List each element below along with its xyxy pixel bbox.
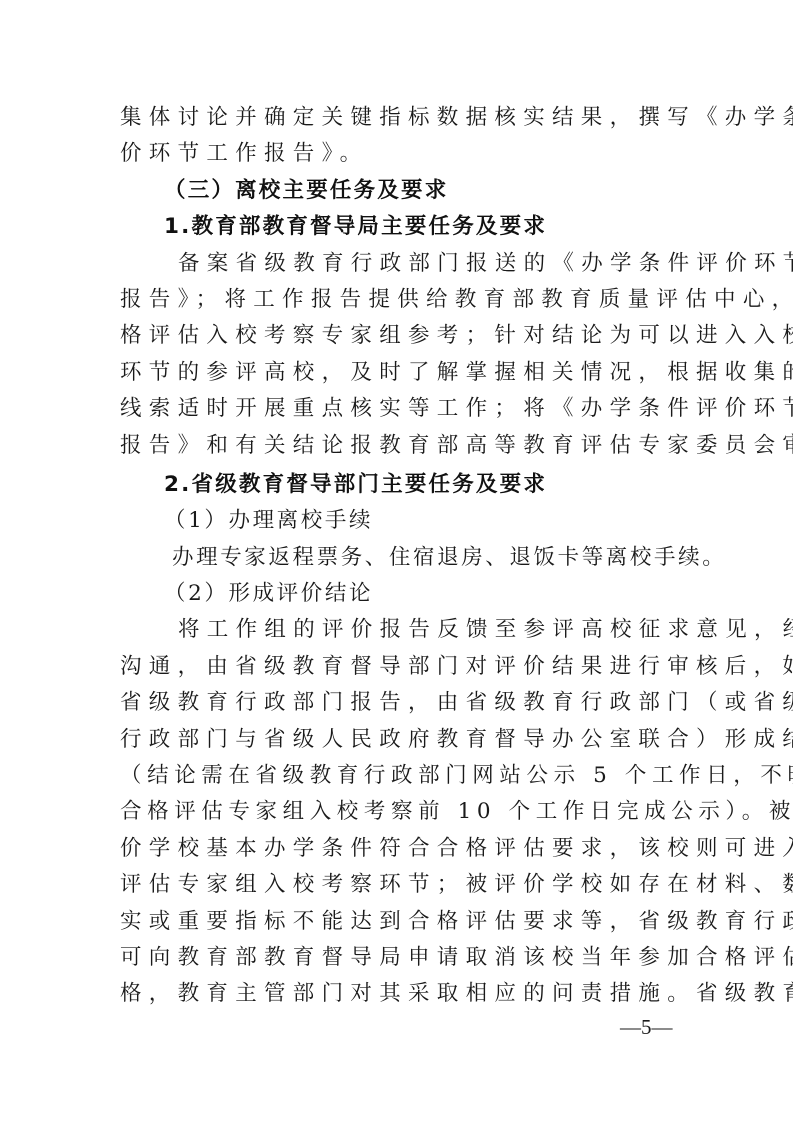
- paragraph-first-line: 将工作组的评价报告反馈至参评高校征求意见，经充分: [120, 612, 676, 648]
- paragraph-continuation-line: 集体讨论并确定关键指标数据核实结果，撰写《办学条件评: [120, 100, 676, 136]
- paragraph-line: 可向教育部教育督导局申请取消该校当年参加合格评估资: [120, 940, 676, 976]
- paragraph-line: 行政部门与省级人民政府教育督导办公室联合）形成结论: [120, 722, 676, 758]
- document-body: 集体讨论并确定关键指标数据核实结果，撰写《办学条件评 价环节工作报告》。 （三）…: [120, 100, 676, 1013]
- paragraph-line: 办理专家返程票务、住宿退房、退饭卡等离校手续。: [120, 540, 676, 576]
- subsection-heading: 2.省级教育督导部门主要任务及要求: [120, 467, 676, 503]
- page-number: —5—: [620, 1015, 673, 1040]
- paragraph-line: 报告》和有关结论报教育部高等教育评估专家委员会审议。: [120, 428, 676, 464]
- paragraph-line: 线索适时开展重点核实等工作；将《办学条件评价环节工作: [120, 391, 676, 427]
- section-heading: （三）离校主要任务及要求: [120, 173, 676, 209]
- paragraph-line: 格评估入校考察专家组参考；针对结论为可以进入入校考察: [120, 318, 676, 354]
- paragraph-line: 合格评估专家组入校考察前 10 个工作日完成公示）。被评: [120, 794, 676, 830]
- paragraph-line: （结论需在省级教育行政部门网站公示 5 个工作日，不晚于: [120, 758, 676, 794]
- paragraph-line: 价学校基本办学条件符合合格评估要求，该校则可进入合格: [120, 831, 676, 867]
- paragraph-line: 沟通，由省级教育督导部门对评价结果进行审核后，如实向: [120, 649, 676, 685]
- item-heading: （2）形成评价结论: [120, 576, 676, 612]
- paragraph-line: 格，教育主管部门对其采取相应的问责措施。省级教育行政: [120, 976, 676, 1012]
- paragraph-line: 评估专家组入校考察环节；被评价学校如存在材料、数据不: [120, 867, 676, 903]
- item-heading: （1）办理离校手续: [120, 503, 676, 539]
- paragraph-line: 报告》；将工作报告提供给教育部教育质量评估中心，供合: [120, 282, 676, 318]
- document-page: 集体讨论并确定关键指标数据核实结果，撰写《办学条件评 价环节工作报告》。 （三）…: [0, 0, 793, 1122]
- paragraph-line: 环节的参评高校，及时了解掌握相关情况，根据收集的问题: [120, 355, 676, 391]
- paragraph-first-line: 备案省级教育行政部门报送的《办学条件评价环节工作: [120, 246, 676, 282]
- paragraph-line: 实或重要指标不能达到合格评估要求等，省级教育行政部门: [120, 904, 676, 940]
- paragraph-continuation-line: 价环节工作报告》。: [120, 136, 676, 172]
- paragraph-line: 省级教育行政部门报告，由省级教育行政部门（或省级教育: [120, 685, 676, 721]
- subsection-heading: 1.教育部教育督导局主要任务及要求: [120, 209, 676, 245]
